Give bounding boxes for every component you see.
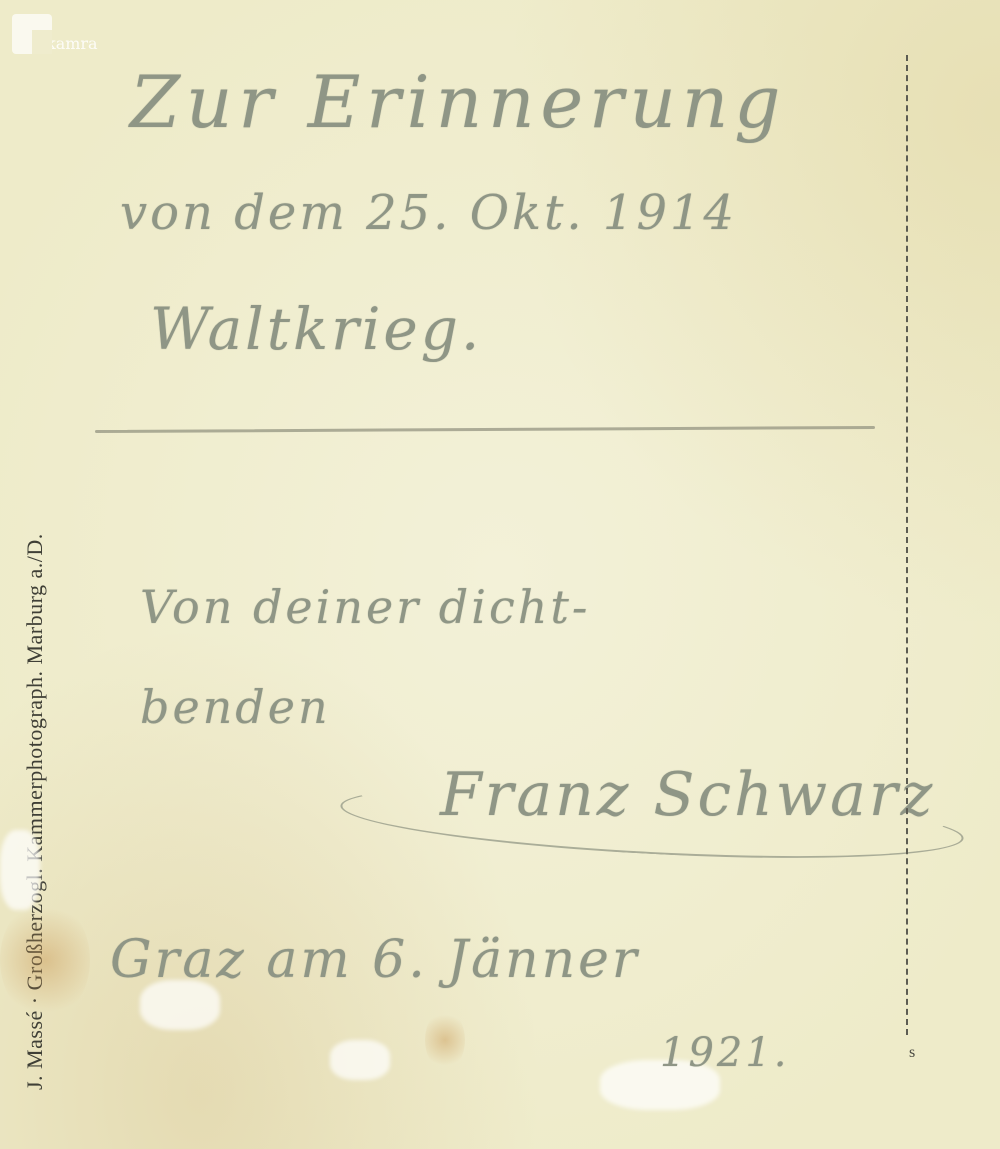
kamra-watermark: kamra: [12, 14, 98, 54]
inscription-line-5: benden: [140, 680, 331, 734]
age-stain: [425, 1010, 465, 1070]
inscription-place-date: Graz am 6. Jänner: [110, 930, 640, 990]
dashed-perforation-line: [906, 55, 908, 1035]
inscription-line-4: Von deiner dicht-: [140, 580, 590, 634]
kamra-logo-icon: [12, 14, 52, 54]
signature: Franz Schwarz: [440, 760, 935, 830]
inscription-line-2: von dem 25. Okt. 1914: [120, 185, 737, 241]
perforation-mark: s: [909, 1044, 915, 1062]
inscription-year: 1921.: [660, 1030, 790, 1076]
ink-divider-line: [95, 426, 875, 433]
watermark-text: kamra: [46, 34, 98, 53]
photo-card-back: kamra J. Massé · Großherzogl. Kammerphot…: [0, 0, 1000, 1149]
inscription-line-3: Waltkrieg.: [150, 295, 482, 363]
inscription-line-1: Zur Erinnerung: [130, 60, 786, 144]
paper-damage: [0, 830, 40, 910]
paper-damage: [330, 1040, 390, 1080]
age-stain: [0, 900, 90, 1020]
